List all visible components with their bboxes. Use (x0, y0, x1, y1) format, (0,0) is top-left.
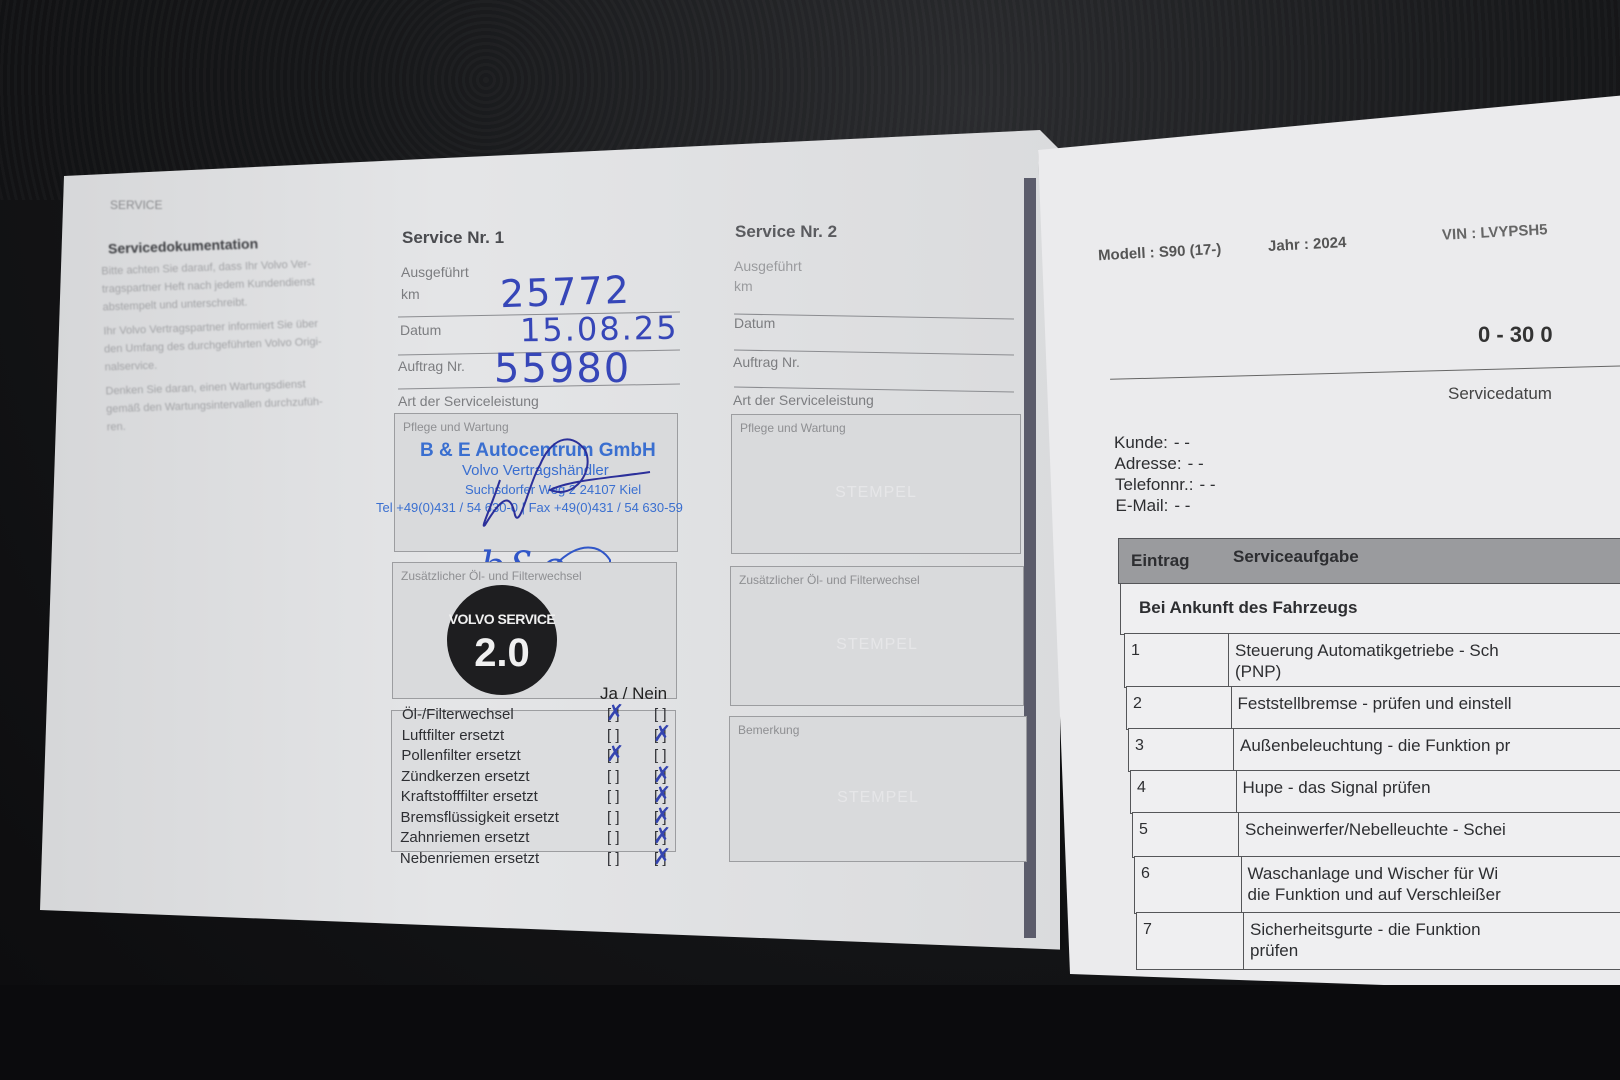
table-cell-entry: 3 (1128, 728, 1235, 772)
table-cell-entry: 1 (1124, 633, 1230, 688)
service2-remark-box: Bemerkung STEMPEL (729, 716, 1027, 862)
field-label: Adresse: (1115, 454, 1182, 473)
checklist-item: Pollenfilter ersetzt (401, 747, 520, 764)
service2-care-box: Pflege und Wartung STEMPEL (731, 414, 1021, 554)
checklist-item: Nebenriemen ersetzt (400, 850, 539, 867)
checklist-item: Zündkerzen ersetzt (401, 768, 529, 785)
service2-type-label: Art der Serviceleistung (733, 392, 874, 408)
service2-order-label: Auftrag Nr. (733, 354, 800, 370)
page-header: SERVICE (110, 198, 162, 212)
service1-date-value[interactable]: 15.08.25 (520, 309, 679, 350)
stamp-placeholder: STEMPEL (731, 636, 1023, 654)
table-cell-task: Steuerung Automatikgetriebe - Sch(PNP) (1228, 633, 1620, 688)
task-text-cont: prüfen (1250, 940, 1620, 961)
checklist-item: Luftfilter ersetzt (402, 727, 505, 744)
field-value: - - (1188, 454, 1204, 473)
badge-line2: 2.0 (447, 631, 557, 676)
service1-title: Service Nr. 1 (402, 228, 504, 248)
entry-number: 3 (1135, 737, 1144, 755)
service1-km-label: km (401, 286, 420, 302)
table-cell-entry: 6 (1134, 856, 1243, 914)
table-cell-task: Scheinwerfer/Nebelleuchte - Schei (1238, 812, 1620, 858)
task-text: Scheinwerfer/Nebelleuchte - Schei (1245, 819, 1620, 840)
entry-number: 5 (1139, 821, 1148, 839)
entry-number: 6 (1141, 865, 1150, 883)
entry-number: 2 (1133, 695, 1142, 713)
field-label: E-Mail: (1116, 496, 1169, 515)
table-cell-task: Hupe - das Signal prüfen (1236, 770, 1620, 814)
customer-field: Kunde:- - (1114, 433, 1190, 453)
box-caption: Bemerkung (738, 723, 799, 737)
section-label: Bei Ankunft des Fahrzeugs (1139, 598, 1358, 618)
task-text: Außenbeleuchtung - die Funktion pr (1240, 735, 1620, 756)
task-text: Hupe - das Signal prüfen (1243, 777, 1620, 798)
checklist-item: Zahnriemen ersetzt (400, 829, 529, 846)
task-text-cont: die Funktion und auf Verschleißer (1248, 884, 1620, 905)
checkbox-ja[interactable]: [ ] (607, 809, 620, 826)
stamp-placeholder: STEMPEL (732, 484, 1020, 502)
service2-km-label: km (734, 278, 753, 294)
check-mark-icon: ✗ (606, 700, 624, 726)
checklist-item: Kraftstofffilter ersetzt (401, 788, 538, 805)
entry-number: 4 (1137, 779, 1146, 797)
table-section-row: Bei Ankunft des Fahrzeugs (1120, 583, 1620, 635)
table-cell-entry: 2 (1126, 686, 1233, 730)
dark-foreground (0, 985, 1620, 1080)
service1-date-label: Datum (400, 322, 441, 338)
checkbox-ja[interactable]: [ ] (607, 850, 620, 867)
checkbox-ja[interactable]: [ ] (607, 829, 620, 846)
service2-date-label: Datum (734, 315, 775, 331)
stamp-placeholder: STEMPEL (730, 789, 1026, 807)
check-mark-icon: ✗ (653, 721, 671, 747)
checkbox-ja[interactable]: [ ] (607, 768, 620, 785)
task-text: Steuerung Automatikgetriebe - Sch (1235, 640, 1620, 661)
table-cell-task: Sicherheitsgurte - die Funktionprüfen (1243, 912, 1620, 970)
field-value: - - (1174, 433, 1190, 452)
task-text: Sicherheitsgurte - die Funktion (1250, 919, 1620, 940)
task-text: Feststellbremse - prüfen und einstell (1238, 693, 1620, 714)
table-cell-task: Waschanlage und Wischer für Widie Funkti… (1241, 856, 1620, 914)
table-cell-entry: 4 (1130, 770, 1238, 814)
service1-type-label: Art der Serviceleistung (398, 393, 539, 409)
table-cell-task: Außenbeleuchtung - die Funktion pr (1233, 728, 1620, 772)
intro-text: Bitte achten Sie darauf, dass Ihr Volvo … (101, 254, 367, 437)
field-value: - - (1199, 475, 1215, 494)
service-date-label: Servicedatum (1448, 384, 1552, 404)
table-header: Eintrag Serviceaufgabe (1118, 538, 1620, 584)
table-cell-entry: 7 (1136, 912, 1245, 970)
header-task: Serviceaufgabe (1233, 547, 1359, 567)
customer-field: Adresse:- - (1115, 454, 1204, 474)
checklist-item: Bremsflüssigkeit ersetzt (401, 809, 559, 826)
badge-line1: VOLVO SERVICE (447, 611, 557, 627)
box-caption: Pflege und Wartung (740, 421, 846, 435)
field-label: Telefonnr.: (1115, 475, 1193, 494)
task-text: Waschanlage und Wischer für Wi (1248, 863, 1620, 884)
checkbox-ja[interactable]: [ ] (607, 788, 620, 805)
interval-label: 0 - 30 0 (1478, 322, 1553, 348)
header-entry: Eintrag (1131, 551, 1190, 571)
check-mark-icon: ✗ (606, 741, 624, 767)
box-caption: Zusätzlicher Öl- und Filterwechsel (401, 569, 582, 583)
entry-number: 7 (1143, 921, 1152, 939)
customer-field: Telefonnr.:- - (1115, 475, 1216, 495)
customer-field: E-Mail:- - (1116, 496, 1191, 516)
entry-number: 1 (1131, 642, 1140, 660)
table-cell-task: Feststellbremse - prüfen und einstell (1231, 686, 1620, 730)
volvo-service-badge: VOLVO SERVICE 2.0 (447, 585, 557, 695)
field-value: - - (1174, 496, 1190, 515)
field-label: Kunde: (1114, 433, 1168, 452)
service2-title: Service Nr. 2 (735, 222, 837, 242)
service1-order-label: Auftrag Nr. (398, 358, 465, 374)
task-text-cont: (PNP) (1235, 661, 1620, 682)
checklist-item: Öl-/Filterwechsel (402, 706, 514, 723)
box-caption: Zusätzlicher Öl- und Filterwechsel (739, 573, 920, 587)
service2-executed-label: Ausgeführt (734, 258, 802, 274)
check-mark-icon: ✗ (653, 844, 671, 870)
service1-executed-label: Ausgeführt (401, 264, 469, 280)
service2-oil-box: Zusätzlicher Öl- und Filterwechsel STEMP… (730, 566, 1024, 706)
table-cell-entry: 5 (1132, 812, 1240, 858)
